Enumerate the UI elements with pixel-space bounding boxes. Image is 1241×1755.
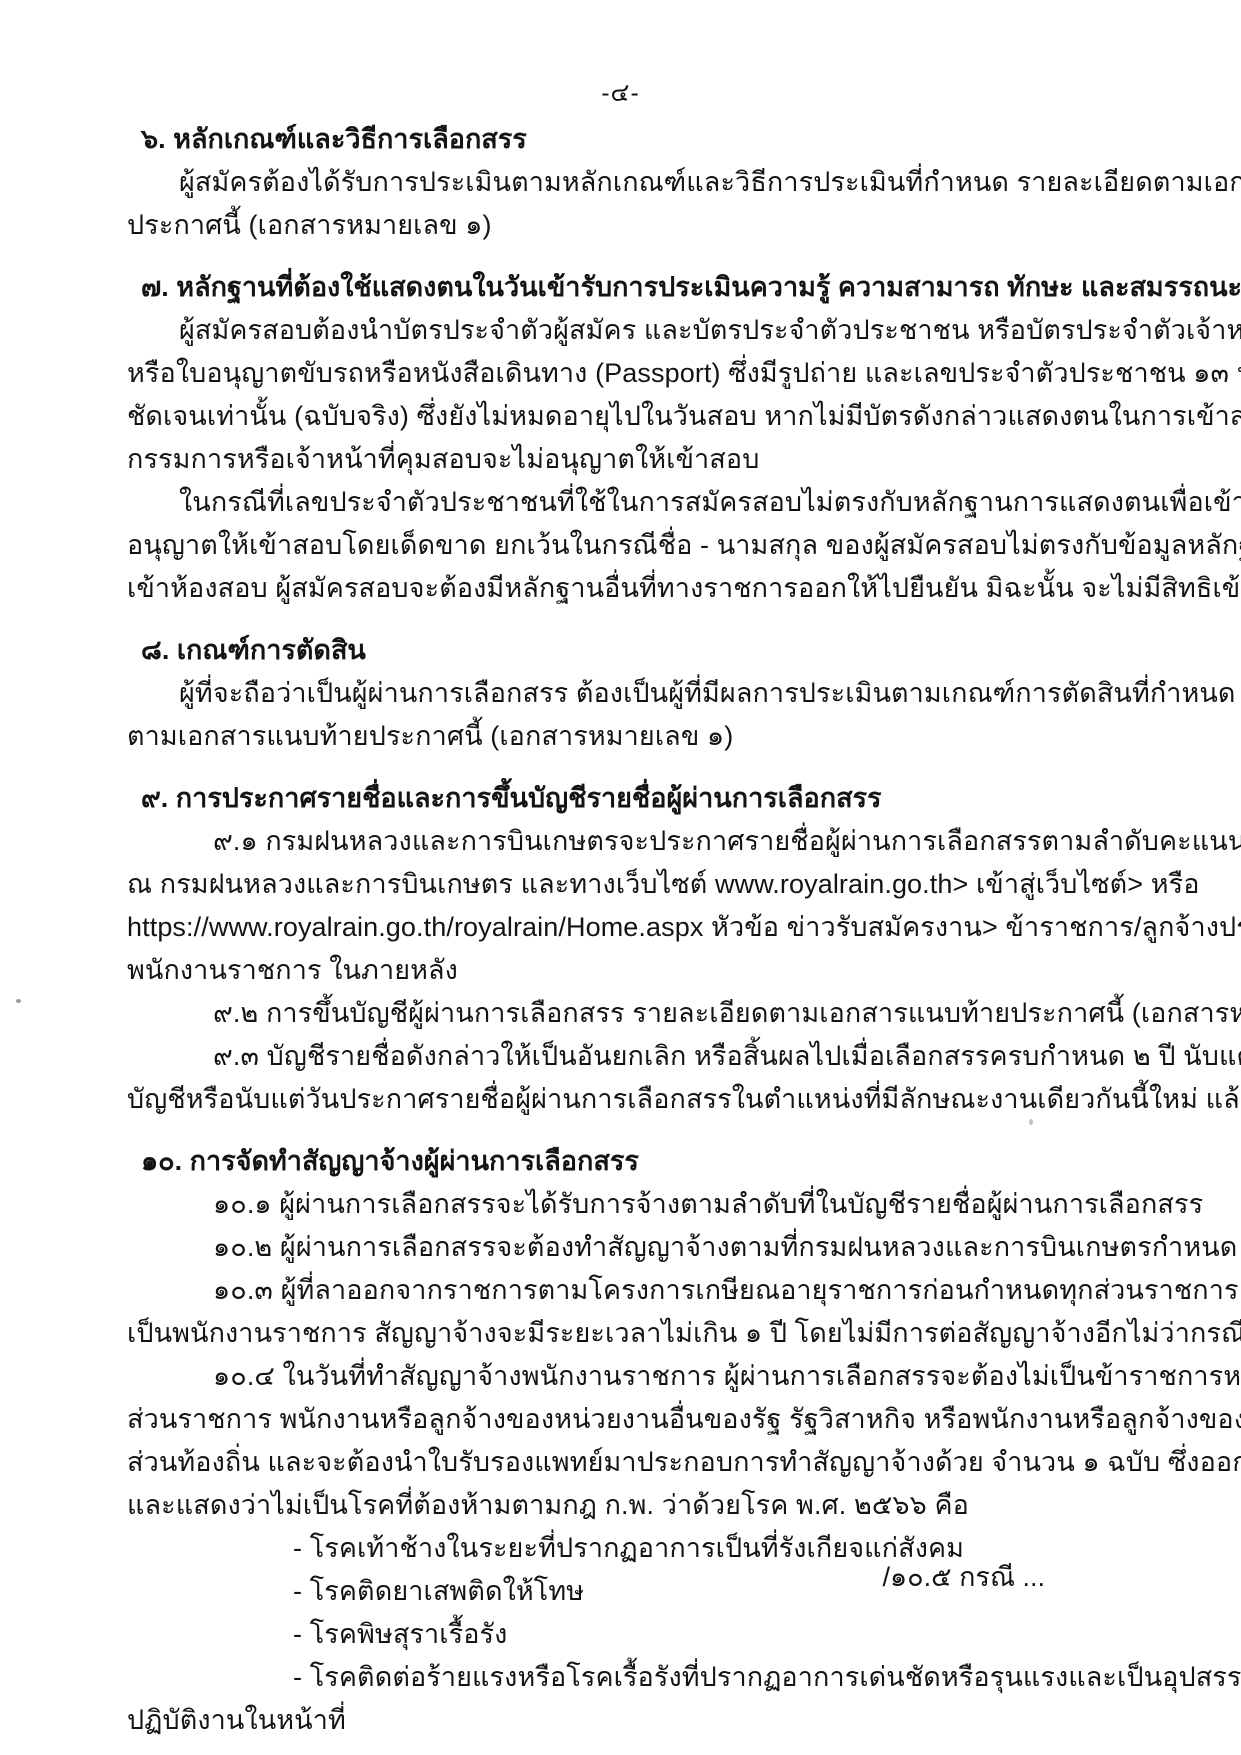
- section-heading: ๖. หลักเกณฑ์และวิธีการเลือกสรร: [127, 118, 1139, 161]
- section: ๘. เกณฑ์การตัดสินผู้ที่จะถือว่าเป็นผู้ผ่…: [127, 629, 1139, 758]
- text-line: ประกาศนี้ (เอกสารหมายเลข ๑): [127, 204, 1139, 247]
- section-heading: ๘. เกณฑ์การตัดสิน: [127, 629, 1139, 672]
- text-line: ๑๐.๒ ผู้ผ่านการเลือกสรรจะต้องทำสัญญาจ้าง…: [127, 1226, 1139, 1269]
- text-line: และแสดงว่าไม่เป็นโรคที่ต้องห้ามตามกฎ ก.พ…: [127, 1484, 1139, 1527]
- text-line: หรือใบอนุญาตขับรถหรือหนังสือเดินทาง (Pas…: [127, 352, 1139, 395]
- text-line: - โรคพิษสุราเรื้อรัง: [127, 1613, 1139, 1656]
- text-line: กรรมการหรือเจ้าหน้าที่คุมสอบจะไม่อนุญาตใ…: [127, 438, 1139, 481]
- text-line: https://www.royalrain.go.th/royalrain/Ho…: [127, 906, 1139, 949]
- text-line: ผู้สมัครต้องได้รับการประเมินตามหลักเกณฑ์…: [127, 161, 1139, 204]
- scan-noise-speck: [16, 999, 21, 1003]
- text-line: ส่วนท้องถิ่น และจะต้องนำใบรับรองแพทย์มาป…: [127, 1441, 1139, 1484]
- page-number: -๔-: [0, 72, 1241, 115]
- scan-noise-speck: [1029, 1119, 1033, 1125]
- text-line: ผู้ที่จะถือว่าเป็นผู้ผ่านการเลือกสรร ต้อ…: [127, 672, 1139, 715]
- section-heading: ๑๐. การจัดทำสัญญาจ้างผู้ผ่านการเลือกสรร: [127, 1140, 1139, 1183]
- text-line: ในกรณีที่เลขประจำตัวประชาชนที่ใช้ในการสม…: [127, 481, 1139, 524]
- text-line: ๑๐.๔ ในวันที่ทำสัญญาจ้างพนักงานราชการ ผู…: [127, 1355, 1139, 1398]
- text-line: - โรคติดต่อร้ายแรงหรือโรคเรื้อรังที่ปราก…: [127, 1656, 1139, 1699]
- document-body: ๖. หลักเกณฑ์และวิธีการเลือกสรรผู้สมัครต้…: [127, 118, 1139, 1742]
- text-line: ๑๐.๓ ผู้ที่ลาออกจากราชการตามโครงการเกษีย…: [127, 1269, 1139, 1312]
- text-line: ปฏิบัติงานในหน้าที่: [127, 1699, 1139, 1742]
- text-line: ณ กรมฝนหลวงและการบินเกษตร และทางเว็บไซต์…: [127, 863, 1139, 906]
- text-line: เข้าห้องสอบ ผู้สมัครสอบจะต้องมีหลักฐานอื…: [127, 567, 1139, 610]
- section-heading: ๗. หลักฐานที่ต้องใช้แสดงตนในวันเข้ารับกา…: [127, 266, 1139, 309]
- text-line: ๙.๑ กรมฝนหลวงและการบินเกษตรจะประกาศรายชื…: [127, 820, 1139, 863]
- text-line: ผู้สมัครสอบต้องนำบัตรประจำตัวผู้สมัคร แล…: [127, 309, 1139, 352]
- text-line: ชัดเจนเท่านั้น (ฉบับจริง) ซึ่งยังไม่หมดอ…: [127, 395, 1139, 438]
- scanned-document-page: -๔- ๖. หลักเกณฑ์และวิธีการเลือกสรรผู้สมั…: [0, 0, 1241, 1755]
- section: ๙. การประกาศรายชื่อและการขึ้นบัญชีรายชื่…: [127, 777, 1139, 1121]
- text-line: ตามเอกสารแนบท้ายประกาศนี้ (เอกสารหมายเลข…: [127, 715, 1139, 758]
- section-heading: ๙. การประกาศรายชื่อและการขึ้นบัญชีรายชื่…: [127, 777, 1139, 820]
- footer-continuation-note: /๑๐.๕ กรณี ...: [883, 1556, 1045, 1599]
- text-line: บัญชีหรือนับแต่วันประกาศรายชื่อผู้ผ่านกา…: [127, 1078, 1139, 1121]
- text-line: อนุญาตให้เข้าสอบโดยเด็ดขาด ยกเว้นในกรณีช…: [127, 524, 1139, 567]
- text-line: ๙.๓ บัญชีรายชื่อดังกล่าวให้เป็นอันยกเลิก…: [127, 1035, 1139, 1078]
- text-line: ส่วนราชการ พนักงานหรือลูกจ้างของหน่วยงาน…: [127, 1398, 1139, 1441]
- text-line: พนักงานราชการ ในภายหลัง: [127, 949, 1139, 992]
- section: ๖. หลักเกณฑ์และวิธีการเลือกสรรผู้สมัครต้…: [127, 118, 1139, 247]
- text-line: ๑๐.๑ ผู้ผ่านการเลือกสรรจะได้รับการจ้างตา…: [127, 1183, 1139, 1226]
- section: ๗. หลักฐานที่ต้องใช้แสดงตนในวันเข้ารับกา…: [127, 266, 1139, 610]
- section: ๑๐. การจัดทำสัญญาจ้างผู้ผ่านการเลือกสรร๑…: [127, 1140, 1139, 1742]
- text-line: ๙.๒ การขึ้นบัญชีผู้ผ่านการเลือกสรร รายละ…: [127, 992, 1139, 1035]
- text-line: เป็นพนักงานราชการ สัญญาจ้างจะมีระยะเวลาไ…: [127, 1312, 1139, 1355]
